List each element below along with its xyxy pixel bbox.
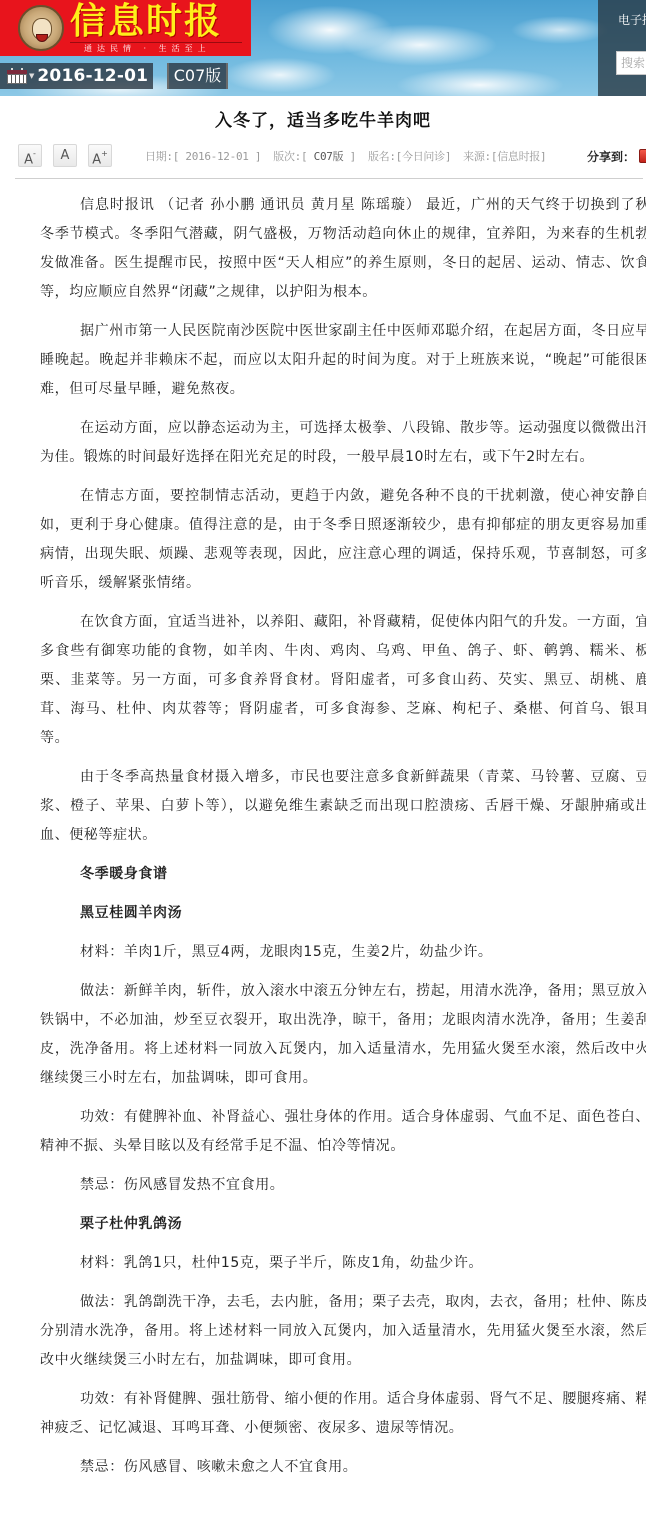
article-paragraph: 材料：乳鸽1只，杜仲15克，栗子半斤，陈皮1角，幼盐少许。 bbox=[40, 1249, 646, 1278]
article-paragraph: 功效：有补肾健脾、强壮筋骨、缩小便的作用。适合身体虚弱、肾气不足、腰腿疼痛、精神… bbox=[40, 1385, 646, 1443]
article-paragraph: 据广州市第一人民医院南沙医院中医世家副主任中医师邓聪介绍，在起居方面，冬日应早睡… bbox=[40, 317, 646, 404]
logo-title: 信息时报 bbox=[70, 2, 222, 42]
source-meta: 来源:[信息时报] bbox=[463, 150, 546, 163]
logo-divider bbox=[70, 42, 242, 43]
article-paragraph: 在饮食方面，宜适当进补，以养阳、藏阳，补肾藏精，促使体内阳气的升发。一方面，宜多… bbox=[40, 608, 646, 753]
search-input[interactable] bbox=[616, 51, 646, 75]
font-increase-button[interactable]: A+ bbox=[88, 144, 112, 167]
article-paragraph: 禁忌：伤风感冒、咳嗽未愈之人不宜食用。 bbox=[40, 1453, 646, 1482]
article-paragraph: 由于冬季高热量食材摄入增多，市民也要注意多食新鲜蔬果（青菜、马铃薯、豆腐、豆浆、… bbox=[40, 763, 646, 850]
article-body: 信息时报讯 （记者 孙小鹏 通讯员 黄月星 陈瑶璇） 最近，广州的天气终于切换到… bbox=[0, 179, 646, 1512]
date-meta: 日期:[ 2016-12-01 ] bbox=[145, 150, 261, 163]
article-paragraph: 信息时报讯 （记者 孙小鹏 通讯员 黄月星 陈瑶璇） 最近，广州的天气终于切换到… bbox=[40, 191, 646, 307]
article-paragraph: 做法：新鲜羊肉，斩件，放入滚水中滚五分钟左右，捞起，用清水洗净，备用；黑豆放入铁… bbox=[40, 977, 646, 1093]
share-weibo-icon[interactable] bbox=[639, 149, 646, 163]
article-paragraph: 在运动方面，应以静态运动为主，可选择太极拳、八段锦、散步等。运动强度以微微出汗为… bbox=[40, 414, 646, 472]
lion-mascot-icon bbox=[18, 5, 64, 51]
section-heading: 栗子杜仲乳鸽汤 bbox=[40, 1210, 646, 1239]
edition-selector[interactable]: C07版 bbox=[167, 63, 228, 89]
article-paragraph: 在情志方面，要控制情志活动，更趋于内敛，避免各种不良的干扰刺激，使心神安静自如，… bbox=[40, 482, 646, 598]
calendar-icon bbox=[7, 68, 27, 84]
section-heading: 冬季暖身食谱 bbox=[40, 860, 646, 889]
logo[interactable]: 信息时报 通达民情 · 生活至上 bbox=[0, 0, 251, 56]
share-label: 分享到： bbox=[587, 148, 635, 165]
logo-tagline: 通达民情 · 生活至上 bbox=[84, 44, 211, 54]
masthead: 信息时报 通达民情 · 生活至上 ▼ 2016-12-01 C07版 电子报 bbox=[0, 0, 646, 96]
header-right-panel: 电子报 bbox=[598, 0, 646, 96]
article-paragraph: 材料：羊肉1斤，黑豆4两，龙眼肉15克，生姜2片，幼盐少许。 bbox=[40, 938, 646, 967]
chevron-down-icon: ▼ bbox=[29, 72, 34, 80]
issue-date: 2016-12-01 bbox=[37, 66, 148, 86]
article-paragraph: 禁忌：伤风感冒发热不宜食用。 bbox=[40, 1171, 646, 1200]
font-decrease-button[interactable]: A- bbox=[18, 144, 42, 167]
article-title: 入冬了，适当多吃牛羊肉吧 bbox=[0, 110, 646, 132]
date-picker[interactable]: ▼ 2016-12-01 bbox=[0, 63, 153, 89]
section-heading: 黑豆桂圆羊肉汤 bbox=[40, 899, 646, 928]
article-meta-bar: A- A A+ 日期:[ 2016-12-01 ]版次:[ C07版 ]版名:[… bbox=[0, 144, 646, 176]
font-reset-button[interactable]: A bbox=[53, 144, 77, 167]
epaper-link[interactable]: 电子报 bbox=[618, 11, 646, 28]
article-paragraph: 功效：有健脾补血、补肾益心、强壮身体的作用。适合身体虚弱、气血不足、面色苍白、精… bbox=[40, 1103, 646, 1161]
section-meta: 版名:[今日问诊] bbox=[368, 150, 451, 163]
article-meta: 日期:[ 2016-12-01 ]版次:[ C07版 ]版名:[今日问诊]来源:… bbox=[145, 148, 546, 164]
edition-meta: 版次:[ C07版 ] bbox=[273, 150, 356, 163]
article-paragraph: 做法：乳鸽劏洗干净，去毛，去内脏，备用；栗子去壳，取肉，去衣，备用；杜仲、陈皮分… bbox=[40, 1288, 646, 1375]
